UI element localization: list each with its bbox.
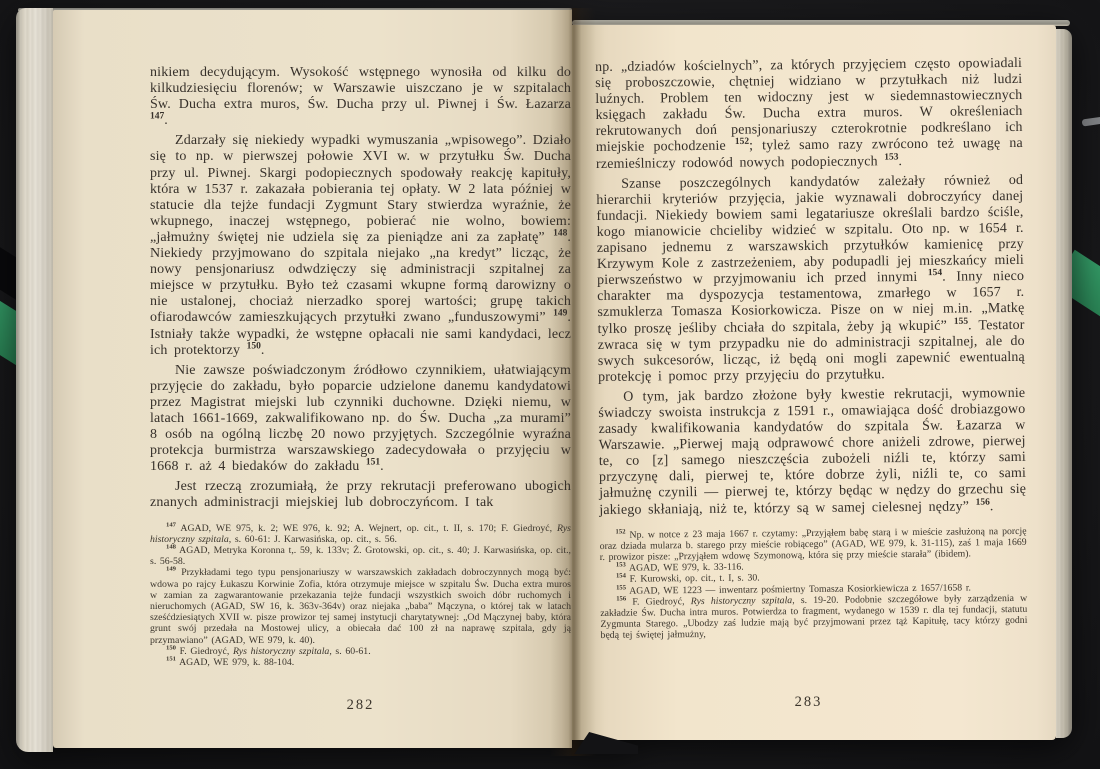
paragraph: Jest rzeczą zrozumiałą, że przy rekrutac…	[150, 479, 571, 511]
paragraph: O tym, jak bardzo złożone były kwestie r…	[598, 386, 1026, 519]
right-page-footnotes: 152 Np. w notce z 23 maja 1667 r. czytam…	[600, 526, 1028, 642]
footnote: 156 F. Giedroyć, Rys historyczny szpital…	[600, 593, 1027, 642]
page-number-left: 282	[150, 697, 571, 714]
page-stack-edge-left	[16, 8, 53, 752]
paragraph: nikiem decydującym. Wysokość wstępnego w…	[150, 65, 571, 129]
footnote: 149 Przykładami tego typu pensjonariuszy…	[150, 567, 571, 645]
page-stack-edge-right	[1056, 29, 1072, 738]
paragraph: Zdarzały się niekiedy wypadki wymuszania…	[150, 133, 571, 358]
gray-dash-decoration	[1082, 117, 1100, 127]
footnote: 150 F. Giedroyć, Rys historyczny szpital…	[150, 646, 571, 657]
open-book: nikiem decydującym. Wysokość wstępnego w…	[16, 8, 1072, 756]
footnote: 148 AGAD, Metryka Koronna t,. 59, k. 133…	[150, 545, 571, 567]
paragraph: Szanse poszczególnych kandydatów zależał…	[596, 173, 1025, 386]
right-page-body-text: np. „dziadów kościelnych”, za których pr…	[595, 56, 1026, 519]
left-page-footnotes: 147 AGAD, WE 975, k. 2; WE 976, k. 92; A…	[150, 523, 571, 669]
book-scan-scene: nikiem decydującym. Wysokość wstępnego w…	[0, 0, 1100, 769]
paragraph: Nie zawsze poświadczonym źródłowo czynni…	[150, 363, 571, 476]
footnote: 151 AGAD, WE 979, k. 88-104.	[150, 657, 571, 668]
left-page-body-text: nikiem decydującym. Wysokość wstępnego w…	[150, 65, 571, 512]
right-page-text-column: np. „dziadów kościelnych”, za których pr…	[595, 56, 1028, 642]
footnote: 152 Np. w notce z 23 maja 1667 r. czytam…	[600, 526, 1027, 564]
left-page-text-column: nikiem decydującym. Wysokość wstępnego w…	[150, 65, 571, 668]
footnote: 147 AGAD, WE 975, k. 2; WE 976, k. 92; A…	[150, 523, 571, 545]
paragraph: np. „dziadów kościelnych”, za których pr…	[595, 56, 1023, 173]
page-number-right: 283	[595, 694, 1022, 711]
